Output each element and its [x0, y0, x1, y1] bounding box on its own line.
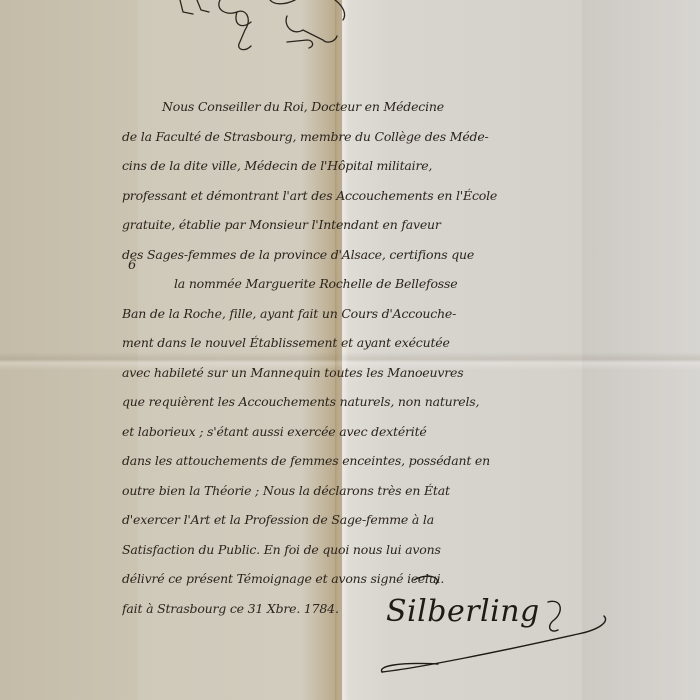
- text-line: que requièrent les Accouchements naturel…: [122, 387, 582, 417]
- text-line: ment dans le nouvel Établissement et aya…: [122, 328, 582, 358]
- text-line: des Sages-femmes de la province d'Alsace…: [122, 240, 582, 270]
- text-line: gratuite, établie par Monsieur l'Intenda…: [122, 210, 582, 240]
- certificate-body: Nous Conseiller du Roi, Docteur en Médec…: [122, 92, 582, 623]
- text-line: la nommée Marguerite Rochelle de Bellefo…: [122, 269, 582, 299]
- text-line: Nous Conseiller du Roi, Docteur en Médec…: [122, 92, 582, 122]
- paper-panel-left: [0, 0, 138, 700]
- text-line: Ban de la Roche, fille, ayant fait un Co…: [122, 299, 582, 329]
- text-line: cins de la dite ville, Médecin de l'Hôpi…: [122, 151, 582, 181]
- text-line: Satisfaction du Public. En foi de quoi n…: [122, 535, 582, 565]
- signature-flourish-icon: [378, 572, 618, 682]
- text-line: de la Faculté de Strasbourg, membre du C…: [122, 122, 582, 152]
- text-line: outre bien la Théorie ; Nous la déclaron…: [122, 476, 582, 506]
- text-line: professant et démontrant l'art des Accou…: [122, 181, 582, 211]
- signature-block: Silberling: [378, 572, 618, 682]
- text-line: avec habileté sur un Mannequin toutes le…: [122, 358, 582, 388]
- text-line: d'exercer l'Art et la Profession de Sage…: [122, 505, 582, 535]
- text-line: dans les attouchements de femmes enceint…: [122, 446, 582, 476]
- header-illustration-icon: [175, 0, 375, 58]
- text-line: et laborieux ; s'étant aussi exercée ave…: [122, 417, 582, 447]
